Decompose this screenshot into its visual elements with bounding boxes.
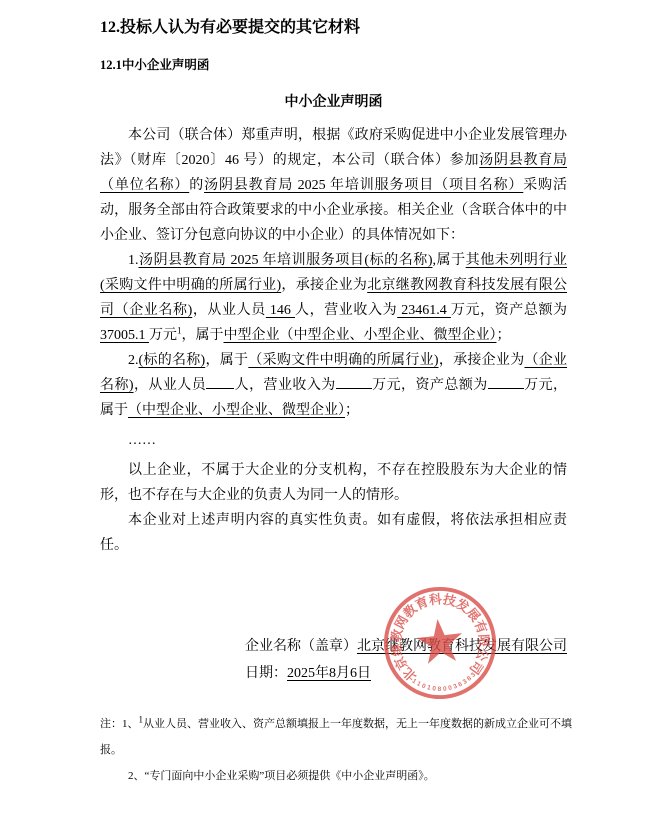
seal-company-char: 教: [400, 601, 420, 622]
seal-company-char: 发: [452, 595, 472, 615]
subsection-heading: 12.1中小企业声明函: [100, 57, 567, 74]
text-segment: 万元: [149, 328, 177, 343]
paragraph: 1.汤阴县教育局 2025 年培训服务项目(标的名称),属于其他未列明行业(采购…: [100, 248, 567, 348]
text-segment: ……: [128, 433, 156, 448]
text-segment: 2.: [128, 353, 139, 368]
seal-company-char: 育: [413, 594, 431, 613]
paragraph: 2.(标的名称)，属于（采购文件中明确的所属行业)，承接企业为（企业名称)，从业…: [100, 348, 567, 423]
text-segment: ；: [345, 403, 359, 418]
seal-company-char: 技: [441, 591, 458, 609]
seal-company-char: 展: [464, 606, 483, 625]
text-segment: 人，营业收入为: [234, 378, 336, 393]
text-segment: 的: [189, 178, 204, 193]
paragraph: 本公司（联合体）郑重声明，根据《政府采购促进中小企业发展管理办法》（财库〔202…: [100, 123, 567, 248]
underlined-text: (标的名称): [139, 353, 206, 368]
text-segment: ，承接企业为: [439, 353, 525, 368]
underlined-text: 中型企业（中型企业、小型企业、微型企业）: [224, 328, 497, 343]
text-segment: 1.: [128, 253, 139, 268]
date-label: 日期：: [245, 666, 287, 681]
text-segment: ，承接企业为: [281, 278, 367, 293]
blank-fill-field: [488, 374, 524, 389]
company-name-line: 企业名称（盖章）北京继教网教育科技发展有限公司: [245, 633, 567, 660]
underlined-text: 汤阴县教育局 2025 年培训服务项目（项目名称）: [204, 178, 523, 193]
text-segment: ，从业人员: [192, 303, 266, 318]
paragraph: 以上企业，不属于大企业的分支机构，不存在控股股东为大企业的情形，也不存在与大企业…: [100, 458, 567, 508]
declaration-document-page: 12.投标人认为有必要提交的其它材料 12.1中小企业声明函 中小企业声明函 本…: [0, 0, 666, 824]
footnote-number: 2、: [128, 770, 145, 782]
text-segment: ,属于: [433, 253, 466, 268]
underlined-text: 汤阴县教育局 2025 年培训服务项目(标的名称): [139, 253, 433, 268]
date-line: 日期：2025年8月6日: [245, 660, 567, 687]
paragraph: 本企业对上述声明内容的真实性负责。如有虚假，将依法承担相应责任。: [100, 508, 567, 558]
text-segment: ，属于: [205, 353, 248, 368]
footnote-line: 注：1、1从业人员、营业收入、资产总额填报上一年度数据，无上一年度数据的新成立企…: [100, 711, 582, 763]
company-name-label: 企业名称（盖章）: [245, 639, 357, 654]
text-segment: 人，营业收入为: [295, 303, 397, 318]
text-segment: ；: [497, 328, 511, 343]
footnote-number: 1、: [122, 718, 139, 730]
text-segment: 以上企业，不属于大企业的分支机构，不存在控股股东为大企业的情形，也不存在与大企业…: [100, 463, 567, 503]
footnotes: 注：1、1从业人员、营业收入、资产总额填报上一年度数据，无上一年度数据的新成立企…: [100, 711, 582, 789]
underlined-text: 146: [266, 303, 295, 318]
seal-company-char: 网: [393, 613, 411, 631]
seal-company-char: 科: [428, 591, 442, 607]
footnote-prefix: 注：: [100, 718, 122, 730]
text-segment: 本企业对上述声明内容的真实性负责。如有虚假，将依法承担相应责任。: [100, 513, 567, 553]
footnote-text: “专门面向中小企业采购”项目必须提供《中小企业声明函》。: [145, 770, 435, 782]
underlined-text: 37005.1: [100, 328, 149, 343]
body-paragraphs: 本公司（联合体）郑重声明，根据《政府采购促进中小企业发展管理办法》（财库〔202…: [100, 123, 567, 558]
document-content: 12.投标人认为有必要提交的其它材料 12.1中小企业声明函 中小企业声明函 本…: [100, 0, 567, 558]
company-name-value: 北京继教网教育科技发展有限公司: [357, 639, 567, 654]
text-segment: 万元，资产总额为: [372, 378, 488, 393]
blank-fill-field: [206, 374, 234, 389]
underlined-text: （中型企业、小型企业、微型企业）: [128, 403, 345, 418]
blank-fill-field: [336, 374, 372, 389]
footnote-text: 从业人员、营业收入、资产总额填报上一年度数据，无上一年度数据的新成立企业可不填报…: [100, 718, 572, 756]
paragraph: ……: [100, 428, 567, 453]
text-segment: 万元，资产总额为: [451, 303, 567, 318]
date-value: 2025年8月6日: [287, 666, 371, 681]
text-segment: ，属于: [182, 328, 224, 343]
signature-block: 企业名称（盖章）北京继教网教育科技发展有限公司 日期：2025年8月6日: [245, 633, 567, 687]
underlined-text: 23461.4: [397, 303, 451, 318]
section-heading: 12.投标人认为有必要提交的其它材料: [100, 16, 567, 39]
text-segment: ，从业人员: [134, 378, 207, 393]
underlined-text: （采购文件中明确的所属行业): [248, 353, 438, 368]
document-title: 中小企业声明函: [100, 93, 567, 112]
footnote-line: 2、“专门面向中小企业采购”项目必须提供《中小企业声明函》。: [100, 763, 582, 789]
